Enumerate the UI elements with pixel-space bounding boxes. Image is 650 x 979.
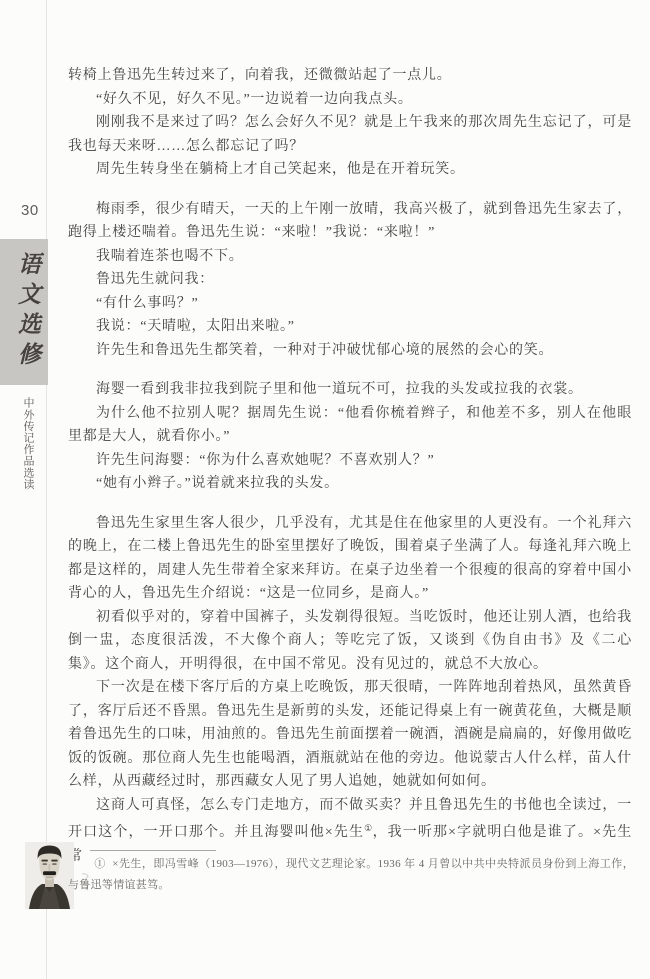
paragraph: 我说：“天晴啦，太阳出来啦。” <box>68 315 632 339</box>
paragraph: 周先生转身坐在躺椅上才自己笑起来，他是在开着玩笑。 <box>68 158 632 182</box>
paragraph: 我喘着连茶也喝不下。 <box>68 245 632 269</box>
paragraph: 转椅上鲁迅先生转过来了，向着我，还微微站起了一点儿。 <box>68 64 632 88</box>
paragraph: 下一次是在楼下客厅后的方桌上吃晚饭，那天很晴，一阵阵地刮着热风，虽然黄昏了，客厅… <box>68 676 632 794</box>
paragraph: “好久不见，好久不见。”一边说着一边向我点头。 <box>68 88 632 112</box>
series-banner: 语文选修 <box>0 239 48 385</box>
page-number: 30 <box>21 202 39 219</box>
paragraph: 初看似乎对的，穿着中国裤子，头发剃得很短。当吃饭时，他还让别人酒，也给我倒一盅，… <box>68 606 632 677</box>
series-title-vertical: 语文选修 <box>3 252 51 372</box>
paragraph: 海婴一看到我非拉我到院子里和他一道玩不可，拉我的头发或拉我的衣裳。 <box>68 378 632 402</box>
paragraph: 刚刚我不是来过了吗？怎么会好久不见？就是上午我来的那次周先生忘记了，可是我也每天… <box>68 111 632 158</box>
footnote-reference: ① <box>364 823 372 833</box>
paragraph: 许先生和鲁迅先生都笑着，一种对于冲破忧郁心境的展然的会心的笑。 <box>68 339 632 363</box>
paragraph: 许先生问海婴：“你为什么喜欢她呢？不喜欢别人？” <box>68 449 632 473</box>
paragraph: “有什么事吗？” <box>68 292 632 316</box>
paragraph: 鲁迅先生家里生客人很少，几乎没有，尤其是住在他家里的人更没有。一个礼拜六的晚上，… <box>68 512 632 606</box>
paragraph: 鲁迅先生就问我： <box>68 268 632 292</box>
footnote-separator <box>90 850 216 851</box>
body-text: 转椅上鲁迅先生转过来了，向着我，还微微站起了一点儿。 “好久不见，好久不见。”一… <box>68 64 632 868</box>
footnote-marker: ① <box>94 858 105 870</box>
paragraph: 为什么他不拉别人呢？据周先生说：“他看你梳着辫子，和他差不多，别人在他眼里都是大… <box>68 402 632 449</box>
footnote-text: ×先生，即冯雪峰（1903—1976），现代文艺理论家。1936 年 4 月曾以… <box>68 858 634 891</box>
footnote: ① ×先生，即冯雪峰（1903—1976），现代文艺理论家。1936 年 4 月… <box>68 854 634 896</box>
paragraph: 梅雨季，很少有晴天，一天的上午刚一放晴，我高兴极了，就到鲁迅先生家去了，跑得上楼… <box>68 198 632 245</box>
margin-rule <box>46 0 47 979</box>
luxun-portrait-photo <box>25 842 74 909</box>
course-subtitle-vertical: 中外传记作品选读 <box>20 397 36 490</box>
paragraph: “她有小辫子。”说着就来拉我的头发。 <box>68 472 632 496</box>
book-page: 30 语文选修 中外传记作品选读 转椅上鲁迅先生转过来了，向着我，还微微站起了一… <box>0 0 650 979</box>
